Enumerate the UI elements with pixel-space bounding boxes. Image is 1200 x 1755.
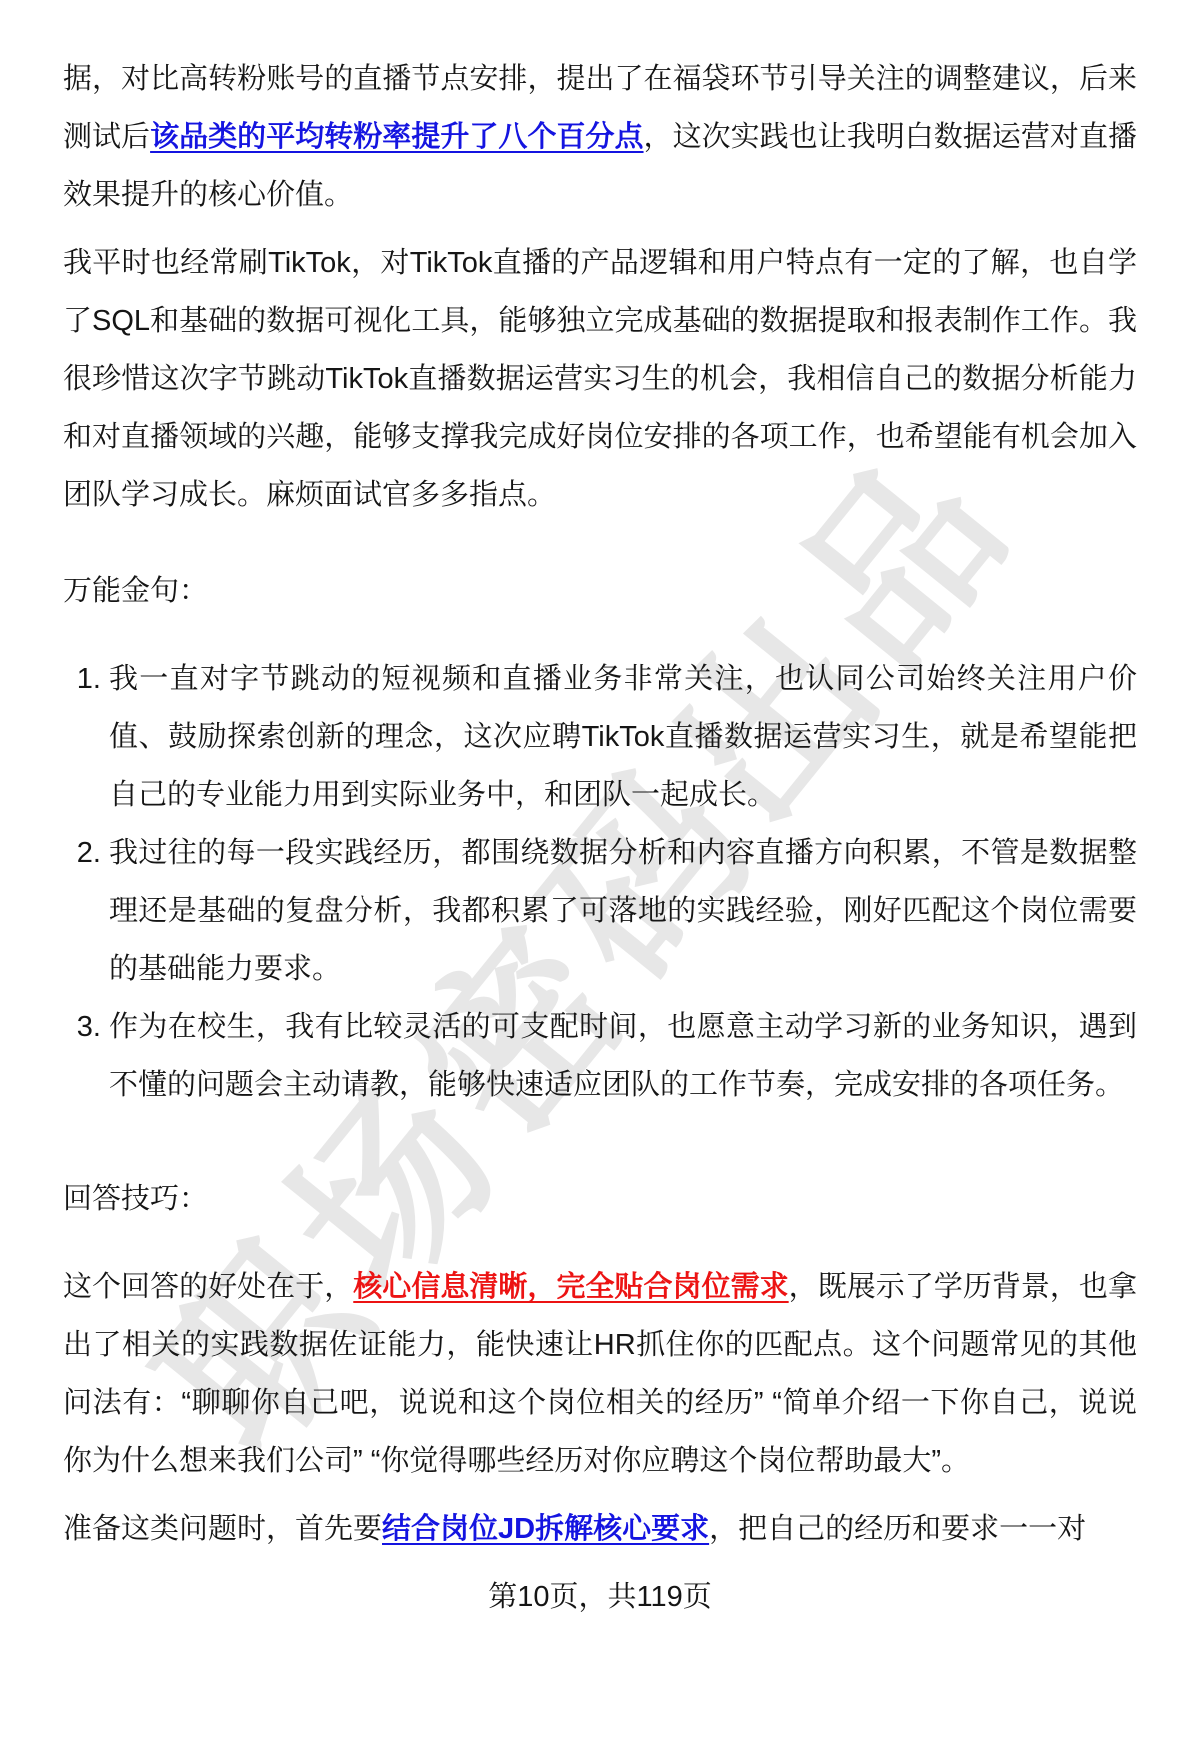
text-run-red-bold: 核心信息清晰，完全贴合岗位需求 — [353, 1271, 788, 1303]
golden-sentences-list: 我一直对字节跳动的短视频和直播业务非常关注，也认同公司始终关注用户价值、鼓励探索… — [63, 650, 1137, 1114]
document-content: 据，对比高转粉账号的直播节点安排，提出了在福袋环节引导关注的调整建议，后来测试后… — [0, 0, 1200, 1626]
text-run-normal: 准备这类问题时，首先要 — [63, 1513, 382, 1545]
text-run-normal: 我平时也经常刷TikTok，对TikTok直播的产品逻辑和用户特点有一定的了解，… — [63, 247, 1137, 511]
list-item: 我过往的每一段实践经历，都围绕数据分析和内容直播方向积累，不管是数据整理还是基础… — [109, 824, 1137, 998]
paragraph-self-introduction: 我平时也经常刷TikTok，对TikTok直播的产品逻辑和用户特点有一定的了解，… — [63, 234, 1137, 524]
paragraph-preparation-advice: 准备这类问题时，首先要结合岗位JD拆解核心要求，把自己的经历和要求一一对 — [63, 1500, 1137, 1558]
paragraph-answer-analysis: 这个回答的好处在于，核心信息清晰，完全贴合岗位需求，既展示了学历背景，也拿出了相… — [63, 1258, 1137, 1490]
text-run-normal: 这个回答的好处在于， — [63, 1271, 353, 1303]
section-label-golden-sentences: 万能金句： — [63, 562, 1137, 620]
text-run-normal: ，把自己的经历和要求一一对 — [709, 1513, 1086, 1545]
text-run-blue-bold: 该品类的平均转粉率提升了八个百分点 — [150, 121, 643, 153]
text-run-blue-bold: 结合岗位JD拆解核心要求 — [382, 1513, 709, 1545]
section-label-answer-tips: 回答技巧： — [63, 1170, 1137, 1228]
list-item: 作为在校生，我有比较灵活的可支配时间，也愿意主动学习新的业务知识，遇到不懂的问题… — [109, 998, 1137, 1114]
page-number-footer: 第10页，共119页 — [63, 1568, 1137, 1626]
list-item: 我一直对字节跳动的短视频和直播业务非常关注，也认同公司始终关注用户价值、鼓励探索… — [109, 650, 1137, 824]
paragraph-live-data-result: 据，对比高转粉账号的直播节点安排，提出了在福袋环节引导关注的调整建议，后来测试后… — [63, 50, 1137, 224]
document-page: 职场密码出品 据，对比高转粉账号的直播节点安排，提出了在福袋环节引导关注的调整建… — [0, 0, 1200, 1755]
